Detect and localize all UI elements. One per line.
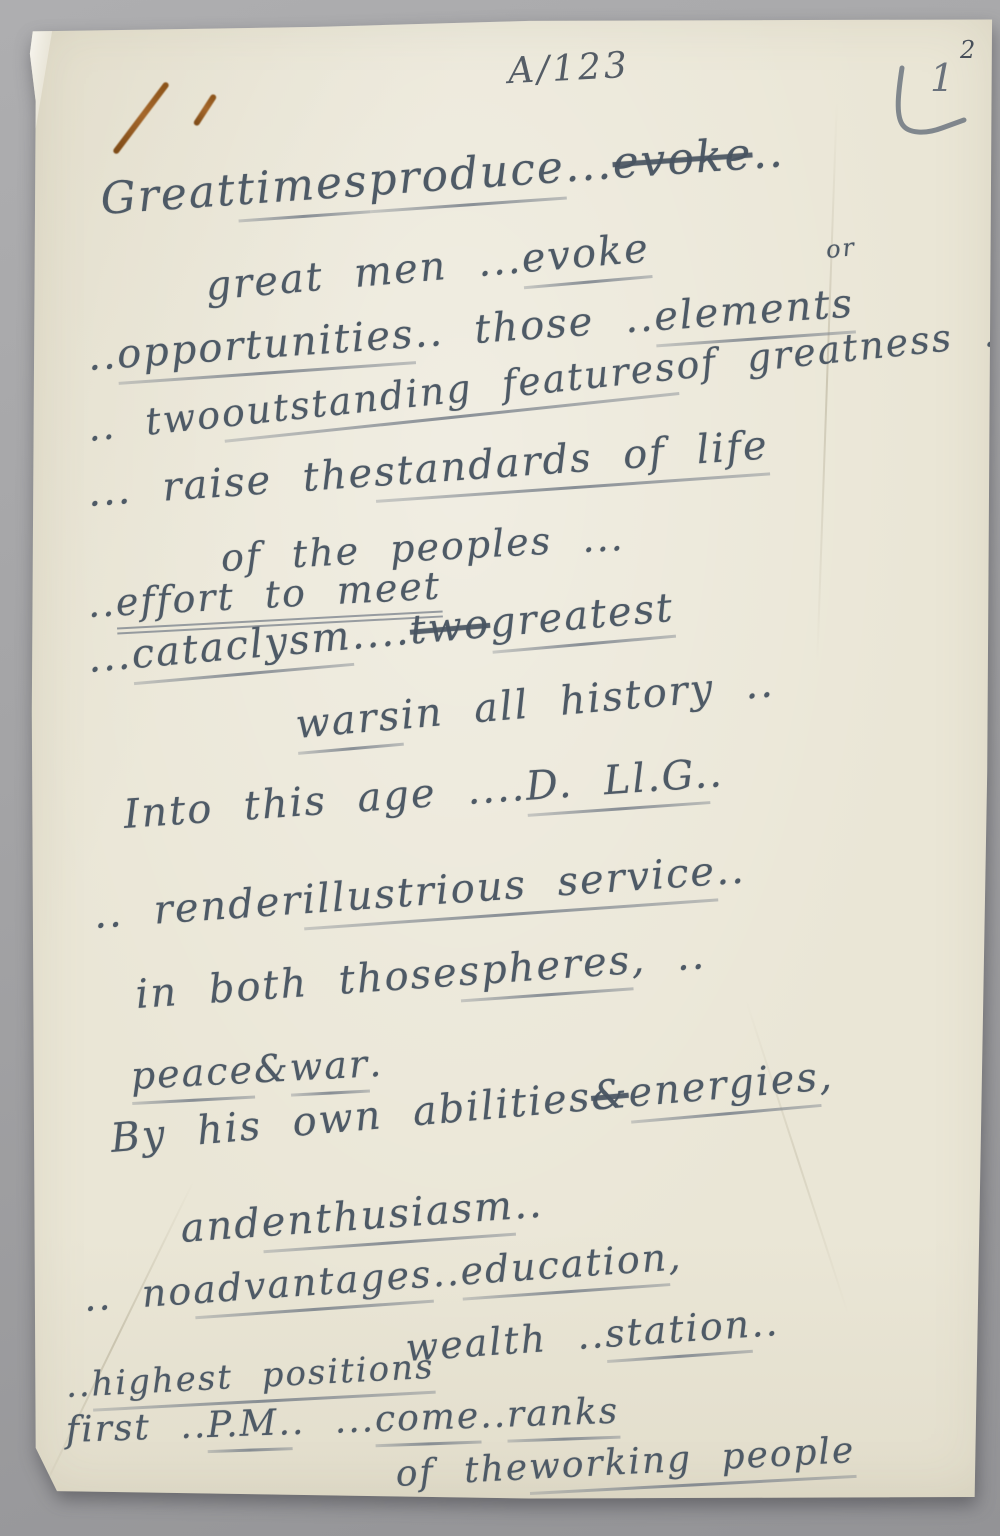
word: , .. bbox=[629, 932, 707, 983]
handwritten-line: .. render illustrious service .. bbox=[92, 847, 747, 945]
word: .. render bbox=[92, 877, 304, 937]
struck-word: evoke bbox=[611, 129, 754, 190]
word: & bbox=[253, 1046, 291, 1092]
underlined-word: spheres bbox=[457, 937, 633, 1002]
word: great men ... bbox=[204, 236, 524, 309]
word: .. bbox=[87, 581, 117, 626]
word: . bbox=[368, 1041, 384, 1086]
handwritten-line: Into this age .... D. Ll.G. . bbox=[122, 750, 725, 845]
manuscript-page: A/123 1 2 Great times produce ... evoke … bbox=[26, 12, 994, 1500]
underlined-word: wars bbox=[294, 693, 404, 755]
word: Great bbox=[99, 165, 238, 225]
underlined-word: advantages bbox=[192, 1252, 435, 1320]
handwritten-line: wars in all history .. bbox=[294, 660, 777, 755]
underlined-word: station bbox=[604, 1302, 753, 1363]
underlined-word: education bbox=[459, 1235, 670, 1300]
word: .. no bbox=[82, 1268, 194, 1320]
word: .. bbox=[86, 332, 119, 380]
underlined-word: peace bbox=[130, 1048, 256, 1105]
word: .. bbox=[714, 847, 747, 895]
struck-word: & bbox=[589, 1071, 630, 1120]
word: wealth .. bbox=[404, 1312, 606, 1370]
underlined-word: greatest bbox=[488, 585, 677, 654]
handwritten-line: wealth .. station .. bbox=[404, 1300, 781, 1377]
underlined-word: illustrious service bbox=[301, 849, 718, 931]
word: in all history .. bbox=[399, 660, 776, 738]
word: ... raise the bbox=[86, 450, 376, 516]
word: ... bbox=[86, 632, 134, 682]
word: , bbox=[817, 1053, 836, 1100]
word: .. those .. bbox=[413, 294, 656, 357]
underlined-word: war bbox=[289, 1042, 371, 1097]
word: .. bbox=[749, 1300, 780, 1346]
underlined-word: come bbox=[374, 1396, 481, 1448]
underlined-word: evoke bbox=[520, 225, 652, 289]
underlined-word: enthusiasm bbox=[260, 1183, 516, 1253]
word: .... bbox=[349, 608, 412, 659]
underlined-word: P.M. bbox=[206, 1402, 292, 1453]
underlined-word: produce bbox=[367, 142, 567, 214]
handwritten-line: Great times produce ... evoke .. bbox=[99, 126, 787, 232]
word: .. bbox=[479, 1395, 507, 1437]
word: .. bbox=[65, 1365, 93, 1406]
underlined-word: standards of life bbox=[372, 422, 770, 502]
underlined-word: energies bbox=[627, 1054, 822, 1123]
manuscript-lines: Great times produce ... evoke ..orgreat … bbox=[26, 12, 994, 1500]
word: .. bbox=[751, 126, 786, 179]
word: . ... bbox=[291, 1399, 376, 1443]
word: . bbox=[707, 750, 725, 797]
word: , bbox=[666, 1234, 683, 1279]
underlined-word: times bbox=[235, 155, 371, 222]
word: in both those bbox=[134, 949, 460, 1017]
word: .. bbox=[431, 1250, 462, 1296]
handwritten-line: or bbox=[825, 233, 858, 264]
word: ... bbox=[563, 138, 614, 192]
word: and bbox=[179, 1200, 263, 1252]
word: .. bbox=[512, 1181, 545, 1229]
word: Into this age .... bbox=[122, 764, 527, 838]
word: .. two bbox=[85, 392, 224, 450]
handwritten-line: in both those spheres, .. bbox=[134, 932, 708, 1025]
struck-word: two bbox=[408, 601, 492, 654]
paper-sheet: A/123 1 2 Great times produce ... evoke … bbox=[26, 12, 994, 1500]
word: first .. bbox=[65, 1405, 208, 1451]
underlined-word: opportunities bbox=[116, 311, 417, 385]
word: of the bbox=[395, 1447, 530, 1495]
underlined-word: ranks bbox=[506, 1391, 620, 1443]
word: or bbox=[825, 233, 858, 264]
underlined-word: D. Ll.G. bbox=[524, 751, 711, 817]
